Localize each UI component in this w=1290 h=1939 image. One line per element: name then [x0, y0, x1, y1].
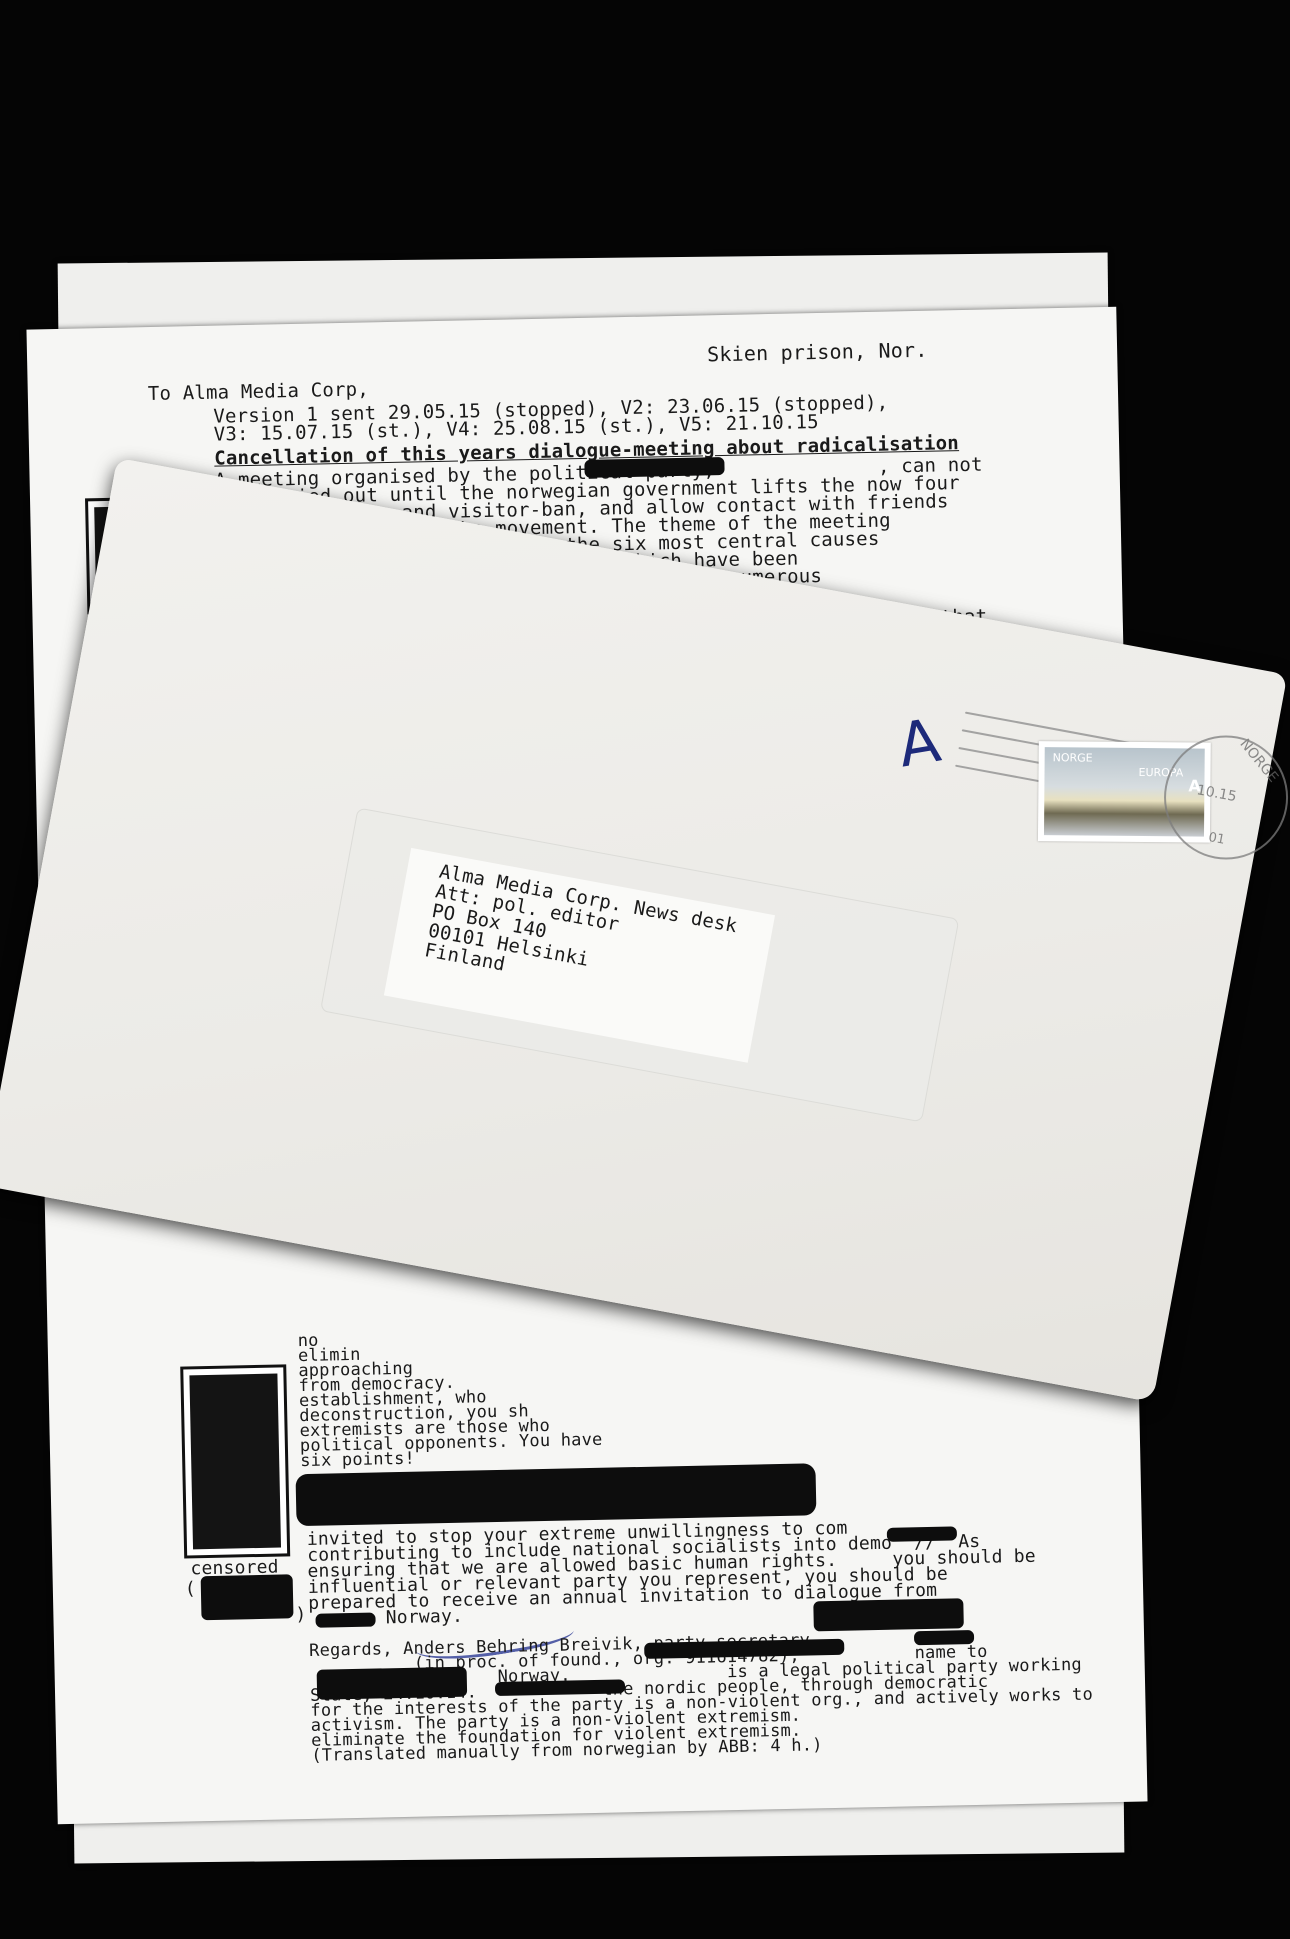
censored-photo-bottom — [180, 1364, 290, 1558]
stamp-country: NORGE — [1053, 751, 1093, 764]
redaction-bar — [813, 1598, 964, 1631]
redaction-bar — [887, 1526, 957, 1541]
handwritten-a-mark: A — [893, 706, 945, 782]
censored-paren-close: ) — [295, 1606, 306, 1624]
postmark-code: 01 — [1207, 830, 1226, 848]
redaction-bar — [495, 1679, 625, 1696]
letter-location: Skien prison, Nor. — [707, 341, 928, 364]
redaction-censored-name — [201, 1574, 294, 1620]
text-line: six points! — [300, 1452, 415, 1469]
postmark-date: 10.15 — [1195, 782, 1237, 805]
postmark-text: NORGE — [1236, 736, 1281, 785]
redaction-bar — [317, 1667, 468, 1700]
redaction-bar — [914, 1630, 974, 1645]
redaction-bar — [295, 1463, 816, 1526]
censored-paren-open: ( — [185, 1580, 196, 1598]
letter-salutation: To Alma Media Corp, — [148, 380, 369, 403]
redaction-bar — [315, 1613, 375, 1628]
redaction-bar — [584, 457, 724, 478]
